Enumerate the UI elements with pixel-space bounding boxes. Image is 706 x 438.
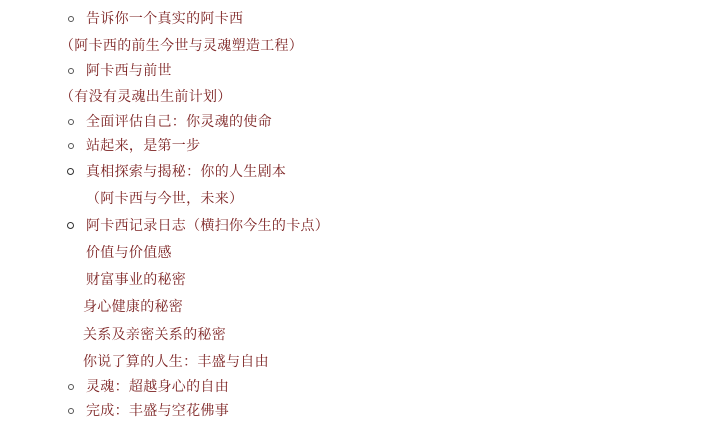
list-item-text: 价值与价值感 (86, 244, 172, 262)
list-item-text: （阿卡西与今世，未来） (86, 190, 243, 208)
hollow-circle-icon (68, 384, 74, 390)
list-item-text: 阿卡西与前世 (86, 62, 172, 80)
list-item-text: 完成：丰盛与空花佛事 (86, 402, 229, 420)
hollow-circle-icon (68, 68, 74, 74)
list-item-text: 真相探索与揭秘：你的人生剧本 (86, 163, 286, 181)
list-item-text: 全面评估自己：你灵魂的使命 (86, 113, 272, 131)
list-item-text: （阿卡西的前生今世与灵魂塑造工程） (60, 37, 303, 55)
hollow-circle-icon (67, 168, 74, 175)
list-item-text: 阿卡西记录日志（横扫你今生的卡点） (86, 217, 329, 235)
list-item-text: 告诉你一个真实的阿卡西 (86, 10, 243, 28)
list-item-text: 关系及亲密关系的秘密 (83, 326, 226, 344)
list-item-text: 站起来，是第一步 (86, 137, 200, 155)
list-item-text: （有没有灵魂出生前计划） (60, 88, 232, 106)
list-item-text: 灵魂：超越身心的自由 (86, 378, 229, 396)
list-item-text: 财富事业的秘密 (86, 271, 186, 289)
hollow-circle-icon (68, 143, 74, 149)
hollow-circle-icon (68, 119, 74, 125)
hollow-circle-icon (68, 408, 74, 414)
list-item-text: 身心健康的秘密 (83, 298, 183, 316)
hollow-circle-icon (68, 16, 74, 22)
list-item-text: 你说了算的人生：丰盛与自由 (83, 353, 269, 371)
hollow-circle-icon (67, 222, 74, 229)
